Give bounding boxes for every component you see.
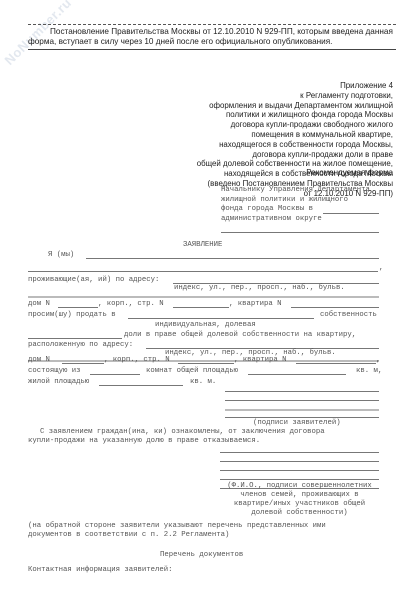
living-area-label: жилой площадью (28, 378, 89, 387)
family-signature-field[interactable] (220, 461, 379, 462)
ownership-label: собственность (320, 311, 377, 320)
ask-sell-label: просим(шу) продать в (28, 311, 116, 320)
appendix-line: к Регламенту подготовки, (153, 91, 393, 101)
sqm-label: кв. м, (356, 367, 382, 376)
reverse-note-line-2: документов в соответствии с п. 2.2 Регла… (28, 531, 229, 540)
share-text: доли в праве общей долевой собственности… (124, 331, 356, 340)
apartment-field-2[interactable] (296, 363, 376, 364)
ownership-type-field[interactable] (128, 318, 314, 319)
notice-line-1: Постановление Правительства Москвы от 12… (28, 27, 396, 37)
district-field-line-2[interactable] (221, 232, 379, 233)
located-label: расположенную по адресу: (28, 341, 133, 350)
appendix-line: политики и жилищного фонда города Москвы (153, 110, 393, 120)
rooms-label: комнат общей площадью (146, 367, 238, 376)
rooms-count-field[interactable] (90, 374, 140, 375)
appendix-line: находящегося в собственности города Моск… (153, 140, 393, 150)
residing-label: проживающие(ая, ий) по адресу: (28, 276, 159, 285)
building-label-2: , корп., стр. N (104, 356, 170, 365)
applicant-signature-field[interactable] (225, 409, 379, 411)
applicant-signature-field[interactable] (225, 400, 379, 401)
applicant-name-field-2[interactable] (28, 271, 378, 272)
district-field[interactable] (323, 213, 379, 214)
family-signature-field[interactable] (220, 452, 379, 453)
apartment-label-2: , квартира N (234, 356, 287, 365)
family-caption-line: квартире/иных участников общей (220, 500, 379, 509)
ownership-hint: индивидуальная, долевая (155, 321, 256, 330)
residence-address-field-2[interactable] (28, 296, 379, 298)
consisting-label: состоящую из (28, 367, 81, 376)
appendix-line: помещения в коммунальной квартире, (153, 130, 393, 140)
applicant-label: Я (мы) (48, 251, 74, 260)
family-caption-line: членов семей, проживающих в (220, 491, 379, 500)
total-area-field[interactable] (248, 374, 346, 375)
building-label: , корп., стр. N (98, 300, 164, 309)
family-signature-field[interactable] (220, 479, 379, 480)
appendix-header: Приложение 4 к Регламенту подготовки, оф… (153, 81, 393, 199)
appendix-line: Приложение 4 (153, 81, 393, 91)
house-label-2: дом N (28, 356, 50, 365)
appendix-line: оформления и выдачи Департаментом жилищн… (153, 101, 393, 111)
signatures-caption: (подписи заявителей) (253, 419, 341, 428)
sqm-label-2: кв. м. (190, 378, 216, 387)
living-area-field[interactable] (99, 385, 183, 386)
addressee-line: жилищной политики и жилищного (221, 196, 381, 206)
appendix-line: договора купли-продажи доли в праве (153, 150, 393, 160)
house-field[interactable] (58, 307, 98, 308)
appendix-line: договора купли-продажи свободного жилого (153, 120, 393, 130)
reverse-note-line-1: (на обратной стороне заявители указывают… (28, 522, 326, 531)
apartment-label: , квартира N (229, 300, 282, 309)
building-field-2[interactable] (178, 363, 234, 364)
share-size-field[interactable] (28, 338, 122, 339)
applicant-signature-field[interactable] (225, 391, 379, 392)
address-hint: индекс, ул., пер., просп., наб., бульв. (174, 284, 345, 293)
notice-line-2: форма, вступает в силу через 10 дней пос… (28, 37, 396, 47)
contact-info-label: Контактная информация заявителей: (28, 566, 173, 575)
apartment-address-field-2[interactable] (28, 360, 379, 362)
family-caption-line: (Ф.И.О., подписи совершеннолетних (220, 482, 379, 491)
acquainted-line-1: С заявлением граждан(ина, ки) ознакомлен… (40, 428, 325, 437)
recommended-form-label: Рекомендуемая форма (306, 168, 393, 177)
addressee-line: Начальнику Управления Департамента (221, 186, 381, 196)
apartment-field[interactable] (291, 307, 379, 308)
documents-list-heading: Перечень документов (160, 551, 243, 560)
family-caption-line: долевой собственности) (220, 509, 379, 518)
effective-date-notice: Постановление Правительства Москвы от 12… (28, 24, 396, 50)
addressee-line: административном округе (221, 215, 381, 225)
acquainted-line-2: купли-продажи на указанную долю в праве … (28, 437, 260, 446)
building-field[interactable] (173, 307, 229, 308)
house-label: дом N (28, 300, 50, 309)
applicant-name-field[interactable] (86, 258, 379, 259)
form-title: ЗАЯВЛЕНИЕ (183, 241, 222, 250)
family-signature-field[interactable] (220, 470, 379, 471)
house-field-2[interactable] (62, 363, 104, 364)
addressee-block: Начальнику Управления Департамента жилищ… (221, 186, 381, 224)
comma: , (379, 264, 383, 273)
applicant-signature-field[interactable] (225, 417, 379, 418)
comma: , (376, 356, 380, 365)
